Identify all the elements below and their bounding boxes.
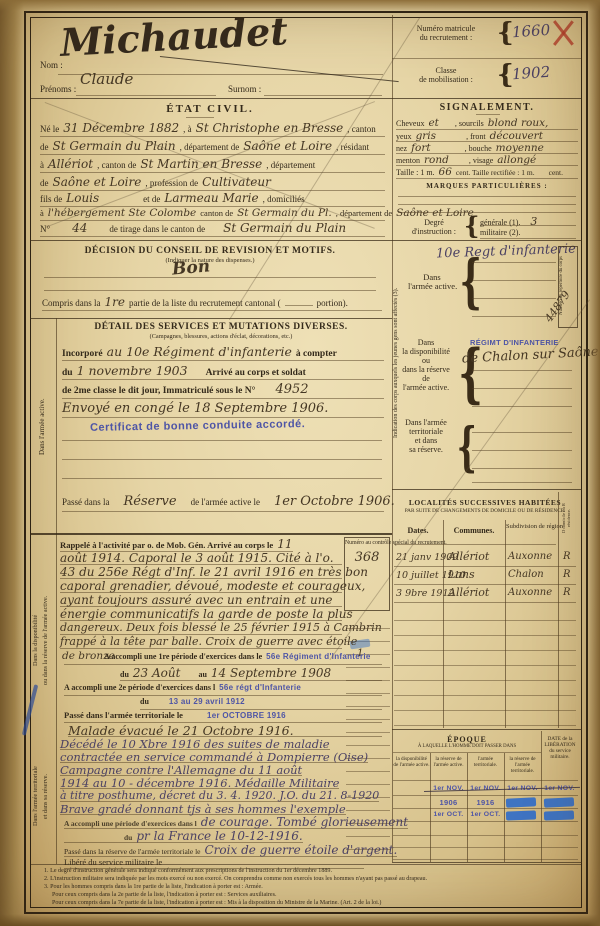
services-line-3: de 2me classe le dit jour, Immatriculé s… — [62, 382, 384, 399]
localite-dr: R — [563, 551, 571, 562]
epoque-blank-rules — [393, 824, 578, 862]
periode-print-overlap-2: du pr la France le 10-12-1916. — [64, 829, 303, 843]
localites-row-rule — [394, 584, 576, 585]
rappele-line-5: ayant toujours assuré avec un entrain et… — [60, 593, 342, 607]
degre-label-2: d'instruction : — [404, 227, 464, 236]
sourcils-value: blond roux, — [488, 117, 549, 129]
departement-label: , département — [266, 160, 315, 170]
prenoms-rule — [76, 95, 216, 96]
passe-reserve-territoriale-line: Passé dans la réserve de l'armée territo… — [64, 843, 397, 857]
decision-divider — [30, 318, 392, 319]
decision-rule-2 — [44, 290, 376, 291]
rappele-line-4: caporal grenadier, dévoué, modeste et co… — [60, 579, 342, 593]
mother-name: Larmeau Marie — [164, 191, 258, 205]
etat-line-4: de Saône et Loire , profession de Cultiv… — [40, 175, 385, 191]
epoque-stamp: 1906 — [430, 798, 467, 807]
tirage-label: de tirage dans le canton de — [109, 224, 205, 234]
periode-2-dates-stamp: 13 au 29 avril 1912 — [169, 697, 245, 706]
page-edge-top — [0, 0, 600, 11]
passe-label: Passé dans la — [62, 497, 110, 507]
parents-canton: St Germain du Pl. — [237, 207, 332, 219]
a-label: , à — [183, 124, 192, 134]
ink-blot — [544, 810, 574, 820]
rappele-line-7: dangereux. Deux fois blessé le 25 févrie… — [60, 621, 342, 635]
et-de-label: et de — [143, 194, 160, 204]
decision-rule-1 — [44, 277, 376, 278]
epoque-bottom-rule — [392, 862, 582, 863]
controle-special-value: 368 — [345, 550, 389, 565]
menton-value: rond — [424, 154, 449, 166]
margin-column-rule — [56, 318, 57, 864]
visage-value: allongé — [497, 154, 536, 166]
matricule-corps-value: 4952 — [275, 382, 308, 397]
father-name: Louis — [66, 191, 99, 205]
residence-canton: St Martin en Bresse — [140, 157, 262, 171]
regiment-stamp: RÉGIMT D'INFANTERIE — [470, 338, 559, 347]
croix-argent-text: Croix de guerre étoile d'argent. — [205, 843, 398, 857]
header-box-rule — [392, 58, 581, 59]
localite-dr: R — [563, 587, 571, 598]
corps-divider — [392, 489, 582, 490]
instruction-militaire-line: militaire (2). — [480, 228, 576, 239]
rappele-line-6: énergie communicatifs la garde de poste … — [60, 607, 342, 621]
passe-reserve-line: Passé dans la Réserve de l'armée active … — [62, 494, 384, 512]
campagne-text: 1914 au 10 - décembre 1916. Médaille Mil… — [60, 776, 339, 790]
ink-blot — [506, 797, 536, 808]
rappele-text: énergie communicatifs la garde de poste … — [60, 607, 353, 621]
epoque-stamp: 1er OCT. — [430, 811, 467, 818]
localite-subdivision: Chalon — [508, 569, 544, 580]
degre-label-1: Degré — [404, 218, 464, 227]
nom-label: Nom : — [40, 60, 63, 70]
decision-subtitle: (Indiquer la nature des dispenses.) — [30, 257, 390, 264]
deces-text: contractée en service commandé à Dompier… — [60, 750, 368, 764]
mort-france-text: pr la France le 10-12-1916. — [136, 829, 302, 843]
rappele-text: frappé à la tête par balle. Croix de gue… — [60, 635, 357, 648]
rappele-text: dangereux. Deux fois blessé le 25 févrie… — [60, 621, 382, 634]
matricule-value: 1660 — [511, 21, 550, 42]
dispo-label: de — [400, 374, 452, 383]
rappele-line-2: août 1914. Caporal le 3 août 1915. Cité … — [60, 551, 342, 565]
blank-slot — [285, 296, 313, 306]
services-rule — [62, 440, 382, 441]
rappele-margin-label-2: ou dans la réserve de l'armée active. — [42, 560, 51, 720]
brave-text: Brave gradé donnant tjs à ses hommes l'e… — [60, 802, 346, 816]
profession: Cultivateur — [202, 175, 271, 189]
header-bottom-rule — [31, 98, 581, 99]
footnote-1: 1. Le degré d'instruction générale sera … — [44, 868, 332, 874]
signalement-title: SIGNALEMENT. — [392, 102, 582, 113]
malade-line: Malade évacué le 21 Octobre 1916. — [68, 723, 382, 737]
periode-1-start: 23 Août — [133, 666, 181, 680]
etat-civil-title: ÉTAT CIVIL. — [30, 103, 390, 115]
nez-line: nez fort , bouche moyenne — [396, 142, 578, 154]
territorial-margin-label-2: et dans sa réserve. — [42, 737, 51, 855]
nez-label: nez — [396, 144, 407, 153]
corps-rule — [472, 468, 572, 469]
compris-label: Compris dans la — [42, 298, 101, 308]
services-title: DÉTAIL DES SERVICES ET MUTATIONS DIVERSE… — [56, 322, 386, 332]
page-edge-bottom — [0, 914, 600, 926]
services-margin-label: Dans l'armée active. — [38, 352, 48, 502]
surnom-label: Surnom : — [228, 84, 261, 94]
du-label: du — [120, 670, 129, 679]
militaire-label: militaire (2). — [480, 228, 520, 237]
periode-1-regiment-stamp: 56e Régiment d'Infanterie — [266, 652, 371, 661]
col-dr-header: D domicile ou R résidence. — [561, 494, 575, 542]
dispo-label: la disponibilité — [400, 347, 452, 356]
localites-title: LOCALITÉS SUCCESSIVES HABITÉES — [392, 498, 578, 507]
corps-rule — [472, 280, 556, 281]
periode-2-line: A accompli une 2e période d'exercices da… — [64, 683, 382, 696]
courage-text: de courage. Tombé glorieusement — [201, 815, 408, 829]
localite-commune: Lans — [448, 568, 475, 581]
generale-value: 3 — [530, 215, 537, 228]
canton-de-label: canton de — [200, 208, 233, 218]
corps-rule — [472, 388, 572, 389]
footnote-4: Pour ceux compris dans la 2e partie de l… — [52, 892, 276, 898]
localites-row-rule — [394, 566, 576, 567]
corps-rule — [472, 406, 572, 407]
rappele-text: août 1914. Caporal le 3 août 1915. Cité … — [60, 551, 334, 565]
tirage-number: 44 — [72, 221, 87, 235]
dispo-label: l'armée active. — [400, 383, 452, 392]
taille-line: Taille : 1 m. 66 cent. Taille rectifiée … — [396, 166, 578, 179]
localites-bottom-rule — [392, 729, 582, 730]
decision-title: DÉCISION DU CONSEIL DE REVISION ET MOTIF… — [30, 246, 390, 256]
reserve-value: Réserve — [124, 494, 177, 509]
ne-le-label: Né le — [40, 124, 59, 134]
arrive-corps-label: Arrivé au corps et soldat — [206, 368, 306, 378]
terr-label: Dans l'armée — [400, 418, 452, 427]
fils-de-label: fils de — [40, 194, 62, 204]
de-label: de — [40, 178, 49, 188]
rappele-line-8: frappé à la tête par balle. Croix de gue… — [60, 635, 342, 649]
medaille-line: à titre posthume, décret du 3. 4. 1920. … — [60, 789, 379, 802]
residence-departement: Saône et Loire — [53, 175, 142, 189]
terr-label: territoriale — [400, 427, 452, 436]
localite-commune: Allériot — [448, 586, 489, 599]
localite-dr: R — [563, 569, 571, 580]
controle-special-label: Numéro au contrôle spécial du recrutemen… — [345, 538, 389, 546]
malade-text: Malade évacué le 21 Octobre 1916. — [68, 723, 294, 738]
passe-territoriale-date-stamp: 1er OCTOBRE 1916 — [207, 711, 286, 720]
du-label: du — [124, 833, 132, 842]
a-label: à — [40, 208, 44, 218]
corps-rule — [472, 370, 572, 371]
services-line-2: du 1 novembre 1903 Arrivé au corps et so… — [62, 363, 384, 380]
localite-date: 3 9bre 1912 — [396, 588, 455, 599]
medaille-text: à titre posthume, décret du 3. 4. 1920. … — [60, 789, 379, 802]
etat-line-5: fils de Louis et de Larmeau Marie , domi… — [40, 191, 385, 207]
red-x-mark — [550, 20, 576, 46]
front-label: , front — [466, 132, 486, 141]
birth-date: 31 Décembre 1882 — [63, 121, 179, 135]
dispo-label: dans la réserve — [400, 365, 452, 374]
libere-label: Libéré du service militaire le — [64, 857, 162, 867]
passe-reserve-terr-label: Passé dans la réserve de l'armée territo… — [64, 847, 201, 856]
brave-line: Brave gradé donnant tjs à ses hommes l'e… — [60, 802, 346, 815]
armee-active-le-label: de l'armée active le — [191, 497, 260, 507]
classe-label: Classe — [396, 66, 496, 75]
corps-rule — [472, 262, 556, 263]
territorial-margin-label-1: Dans l'armée territoriale — [32, 737, 41, 855]
etat-line-1: Né le 31 Décembre 1882 , à St Christophe… — [40, 121, 385, 137]
epoque-col2-header: la réserve de l'armée active. — [430, 756, 467, 768]
page-edge-left — [0, 0, 24, 926]
du-label: du — [62, 368, 73, 378]
menton-label: menton — [396, 156, 420, 165]
incorporation-date: 1 novembre 1903 — [77, 363, 188, 378]
generale-label: générale (1). — [480, 218, 520, 227]
rappele-text: 43 du 256e Régt d'Inf. le 21 avril 1916 … — [60, 565, 368, 579]
etat-divider — [30, 240, 392, 241]
classe-value: 1902 — [511, 63, 550, 84]
birth-place: St Christophe en Bresse — [196, 121, 344, 135]
localite-subdivision: Auxonne — [508, 551, 552, 562]
rappele-text: caporal grenadier, dévoué, modeste et co… — [60, 579, 365, 593]
deces-line-1: Décédé le 10 Xbre 1916 des suites de mal… — [60, 737, 330, 750]
yeux-line: yeux gris , front découvert — [396, 130, 578, 142]
page-edge-right — [588, 0, 600, 926]
corps-rule — [472, 482, 572, 483]
au-label: au — [198, 670, 206, 679]
services-subtitle: (Campagnes, blessures, actions d'éclat, … — [56, 333, 386, 340]
prenoms-label: Prénoms : — [40, 84, 76, 94]
periode-1-end: 14 Septembre 1908 — [211, 666, 331, 680]
classe-label2: de mobilisation : — [396, 75, 496, 84]
instruction-generale-line: générale (1). 3 — [480, 215, 576, 226]
footnote-2: 2. L'instruction militaire sera indiquée… — [44, 876, 427, 882]
deces-line-2: contractée en service commandé à Dompier… — [60, 750, 368, 763]
localites-header-rule — [394, 544, 556, 545]
passe-territoriale-label: Passé dans l'armée territoriale le — [64, 710, 183, 720]
passe-territoriale-line: Passé dans l'armée territoriale le 1er O… — [64, 710, 382, 723]
liste-label: partie de la liste du recrutement canton… — [129, 298, 281, 308]
services-divider — [30, 533, 392, 535]
yeux-value: gris — [416, 130, 437, 142]
portion-label: portion). — [317, 298, 348, 308]
sourcils-label: , sourcils — [455, 119, 484, 128]
footnote-5: Pour ceux compris dans la 7e partie de l… — [52, 900, 381, 906]
epoque-subheader-rule — [393, 780, 578, 781]
a-compter-label: à compter — [296, 349, 337, 359]
marques-rule-3 — [398, 212, 576, 213]
compris-line: Compris dans la 1re partie de la liste d… — [42, 295, 382, 311]
epoque-col5-header: DATE de la LIBÉRATION du service militai… — [542, 736, 578, 760]
ink-blot — [544, 797, 574, 808]
repertoire-box: Numéro au répertoire du corps — [558, 246, 578, 328]
services-line-4: Envoyé en congé le 18 Septembre 1906. — [62, 401, 384, 418]
immatricule-label: de 2me classe le dit jour, Immatriculé s… — [62, 386, 255, 396]
periode-2-dates: du 13 au 29 avril 1912 — [140, 697, 382, 710]
periode-2-label: A accompli une 2e période d'exercices da… — [64, 683, 215, 692]
title-ornament — [186, 117, 214, 118]
armee-active-label2: l'armée active. — [408, 281, 456, 291]
col-dates-header: Dates. — [394, 526, 442, 535]
periode-1-dates: du 23 Août au 14 Septembre 1908 — [120, 666, 382, 681]
brace: { — [459, 252, 481, 310]
residant-label: , résidant — [336, 142, 369, 152]
epoque-stamp: 1916 — [467, 798, 504, 807]
taille-value: 66 — [439, 166, 452, 178]
du-label: du — [140, 697, 149, 706]
periode-print-overlap-1: A accompli une période d'exercices dans … — [64, 815, 408, 829]
epoque-row-rule — [393, 808, 578, 809]
marques-title: MARQUES PARTICULIÈRES : — [392, 182, 582, 190]
departement-label: , département de — [180, 142, 240, 152]
tirage-line: N° 44 de tirage dans le canton de St Ger… — [40, 221, 385, 237]
campagne-line-2: 1914 au 10 - décembre 1916. Médaille Mil… — [60, 776, 339, 789]
repertoire-label: Numéro au répertoire du corps — [559, 247, 576, 325]
yeux-label: yeux — [396, 132, 412, 141]
epoque-stamp: 1er OCT. — [467, 811, 504, 818]
epoque-col1-header: la disponibilité de l'armée active. — [393, 756, 430, 768]
col-communes-header: Communes. — [444, 526, 504, 535]
terr-label: et dans — [400, 436, 452, 445]
menton-line: menton rond , visage allongé — [396, 154, 578, 166]
surnom-rule — [264, 95, 382, 96]
rappele-line-1: Rappelé à l'activité par o. de Mob. Gén.… — [60, 537, 293, 552]
rappele-line-3: 43 du 256e Régt d'Inf. le 21 avril 1916 … — [60, 565, 342, 579]
visage-label: , visage — [469, 156, 493, 165]
localites-blank-rules — [394, 606, 576, 726]
epoque-row-rule — [393, 795, 578, 796]
taille-rectifiee-label: cent. Taille rectifiée : 1 m. — [456, 168, 535, 177]
epoque-title: ÉPOQUE — [393, 735, 541, 744]
cent-label: cent. — [549, 168, 563, 177]
prenoms-value: Claude — [80, 70, 133, 88]
ink-blot — [506, 810, 536, 820]
dispo-label: ou — [400, 356, 452, 365]
signalement-divider — [392, 240, 582, 241]
incorpore-label: Incorporé — [62, 349, 103, 359]
cheveux-line: Cheveux et , sourcils blond roux, — [396, 117, 578, 130]
front-value: découvert — [490, 130, 543, 142]
cheveux-label: Cheveux — [396, 119, 424, 128]
services-rule — [62, 459, 382, 460]
col-subdivision-header: Subdivision de région — [506, 523, 556, 530]
de-label: de — [40, 142, 49, 152]
campagne-text: Campagne contre l'Allemagne du 11 août — [60, 763, 302, 777]
liste-partie-value: 1re — [105, 295, 125, 309]
corps-rule — [472, 432, 572, 433]
corps-rule — [472, 298, 556, 299]
deces-text: Décédé le 10 Xbre 1916 des suites de mal… — [60, 737, 330, 751]
rappel-day: 11 — [277, 537, 292, 551]
incorporation-regiment: au 10e Régiment d'infanterie — [107, 344, 292, 359]
footnote-separator — [31, 864, 581, 865]
military-record-page: Nom : Michaudet Prénoms : Claude Surnom … — [0, 0, 600, 926]
residence: Allériot — [48, 157, 93, 171]
rappele-text: ayant toujours assuré avec un entrain et… — [60, 593, 333, 607]
brace: { — [457, 422, 477, 474]
rappele-stamp-label: Rappelé à l'activité par o. de Mob. Gén.… — [60, 540, 273, 550]
conge-line: Envoyé en congé le 18 Septembre 1906. — [62, 401, 328, 416]
periode-2-regiment-stamp: 56e régt d'Infanterie — [219, 683, 301, 692]
localite-commune: Allériot — [448, 550, 489, 563]
campagne-line-1: Campagne contre l'Allemagne du 11 août — [60, 763, 302, 776]
localites-subtitle: PAR SUITE DE CHANGEMENTS DE DOMICILE OU … — [392, 508, 578, 514]
reserve-date: 1er Octobre 1906. — [274, 494, 395, 509]
marques-rule-2 — [398, 204, 576, 205]
brace: { — [464, 214, 479, 238]
bouche-label: , bouche — [465, 144, 492, 153]
title-ornament — [476, 114, 500, 115]
epoque-row-rule — [393, 821, 578, 822]
corps-rule — [472, 450, 572, 451]
periode-label: A accompli une période d'exercices dans … — [64, 819, 197, 828]
bouche-value: moyenne — [496, 142, 544, 154]
a-label: à — [40, 160, 44, 170]
matricule-label2: du recrutement : — [396, 33, 496, 42]
terr-label: sa réserve. — [400, 445, 452, 454]
periode-1-label: A accompli une 1re période d'exercices d… — [104, 652, 262, 661]
epoque-col3-header: l'armée territoriale. — [467, 756, 504, 768]
epoque-subtitle: À LAQUELLE L'HOMME DOIT PASSER DANS — [393, 744, 541, 749]
cheveux-value: et — [428, 117, 438, 129]
localite-subdivision: Auxonne — [508, 587, 552, 598]
services-rule — [62, 478, 382, 479]
dispo-label: Dans — [400, 338, 452, 347]
footnote-3: 3. Pour les hommes compris dans la 1re p… — [44, 884, 263, 890]
localites-row-rule — [394, 602, 576, 603]
taille-label: Taille : 1 m. — [396, 168, 435, 177]
marques-rule-1 — [398, 196, 576, 197]
epoque-col4-header: la réserve de l'armée territoriale. — [504, 756, 541, 774]
services-line-1: Incorporé au 10e Régiment d'infanterie à… — [62, 344, 384, 361]
nez-value: fort — [411, 142, 430, 154]
canton-de-label: , canton de — [97, 160, 136, 170]
